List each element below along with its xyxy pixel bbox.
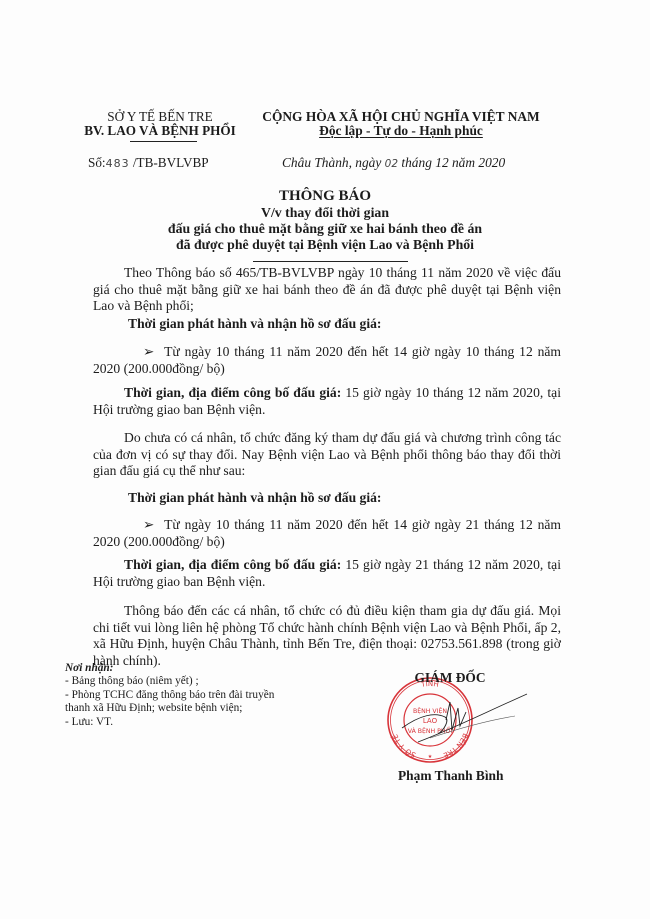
recipient-item: - Bảng thông báo (niêm yết) ; <box>65 675 295 688</box>
signer-name: Phạm Thanh Bình <box>398 768 503 784</box>
new-announce-paragraph: Thời gian, địa điểm công bố đấu giá: 15 … <box>93 557 561 590</box>
old-issue-heading: Thời gian phát hành và nhận hồ sơ đấu gi… <box>128 316 381 332</box>
recipients-title: Nơi nhận: <box>65 662 295 675</box>
recipient-item: - Lưu: VT. <box>65 716 295 729</box>
recipients-block: Nơi nhận: - Bảng thông báo (niêm yết) ; … <box>65 662 295 729</box>
arrow-bullet-icon: ➢ <box>143 344 154 359</box>
notice-subject-line-1: V/v thay đổi thời gian <box>100 205 550 221</box>
new-announce-label: Thời gian, địa điểm công bố đấu giá: <box>124 557 341 572</box>
notice-subject-line-3: đã được phê duyệt tại Bệnh viện Lao và B… <box>100 237 550 253</box>
handwritten-signature <box>400 690 530 750</box>
unit-underline <box>130 141 197 142</box>
document-number: Số:483 /TB-BVLVBP <box>88 155 209 171</box>
intro-paragraph: Theo Thông báo số 465/TB-BVLVBP ngày 10 … <box>93 265 561 315</box>
notice-subject-line-2: đấu giá cho thuê mặt bằng giữ xe hai bán… <box>100 221 550 237</box>
star-icon: ★ <box>428 754 433 760</box>
new-issue-bullet: ➢ Từ ngày 10 tháng 11 năm 2020 đến hết 1… <box>93 517 561 550</box>
national-motto: Độc lập - Tự do - Hạnh phúc <box>256 123 546 139</box>
signer-position: GIÁM ĐỐC <box>400 670 500 686</box>
arrow-bullet-icon: ➢ <box>143 517 154 532</box>
change-reason-paragraph: Do chưa có cá nhân, tổ chức đăng ký tham… <box>93 430 561 480</box>
doc-number-suffix: /TB-BVLVBP <box>133 155 209 170</box>
place-and-date: Châu Thành, ngày 02 tháng 12 năm 2020 <box>282 155 505 171</box>
recipient-item: - Phòng TCHC đăng thông báo trên đài tru… <box>65 689 295 716</box>
date-day-handwritten: 02 <box>385 158 398 170</box>
old-announce-paragraph: Thời gian, địa điểm công bố đấu giá: 15 … <box>93 385 561 418</box>
title-underline <box>253 261 408 262</box>
old-announce-label: Thời gian, địa điểm công bố đấu giá: <box>124 385 341 400</box>
notice-title: THÔNG BÁO <box>100 188 550 205</box>
doc-number-prefix: Số: <box>88 155 106 170</box>
closing-paragraph: Thông báo đến các cá nhân, tổ chức có đủ… <box>93 603 561 669</box>
doc-number-handwritten: 483 <box>106 157 130 170</box>
unit-name: BV. LAO VÀ BỆNH PHỔI <box>60 123 260 139</box>
new-issue-heading: Thời gian phát hành và nhận hồ sơ đấu gi… <box>128 490 381 506</box>
old-issue-bullet: ➢ Từ ngày 10 tháng 11 năm 2020 đến hết 1… <box>93 344 561 377</box>
